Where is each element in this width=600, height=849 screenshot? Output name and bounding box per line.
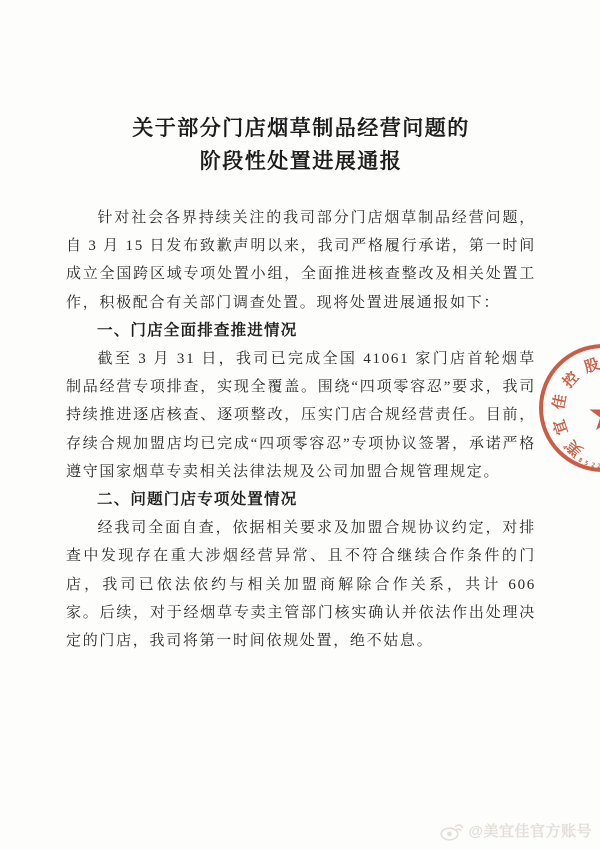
document-title: 关于部分门店烟草制品经营问题的 阶段性处置进展通报 <box>66 112 536 178</box>
paragraph: 针对社会各界持续关注的我司部分门店烟草制品经营问题，自 3 月 15 日发布致歉… <box>66 204 536 317</box>
paragraph: 经我司全面自查，依据相关要求及加盟合规协议约定，对排查中发现存在重大涉烟经营异常… <box>66 514 536 655</box>
notice-document: 关于部分门店烟草制品经营问题的 阶段性处置进展通报 针对社会各界持续关注的我司部… <box>0 112 600 655</box>
section-heading: 一、门店全面排查推进情况 <box>66 317 536 345</box>
weibo-watermark: @美宜佳官方账号 <box>440 820 592 841</box>
weibo-icon <box>440 821 464 841</box>
title-line-2: 阶段性处置进展通报 <box>66 145 536 178</box>
paragraph: 截至 3 月 31 日，我司已完成全国 41061 家门店首轮烟草制品经营专项排… <box>66 345 536 486</box>
title-line-1: 关于部分门店烟草制品经营问题的 <box>66 112 536 145</box>
document-page: 关于部分门店烟草制品经营问题的 阶段性处置进展通报 针对社会各界持续关注的我司部… <box>0 0 600 849</box>
document-sections: 针对社会各界持续关注的我司部分门店烟草制品经营问题，自 3 月 15 日发布致歉… <box>66 204 536 655</box>
watermark-handle: @美宜佳官方账号 <box>468 820 592 841</box>
section-heading: 二、问题门店专项处置情况 <box>66 486 536 514</box>
